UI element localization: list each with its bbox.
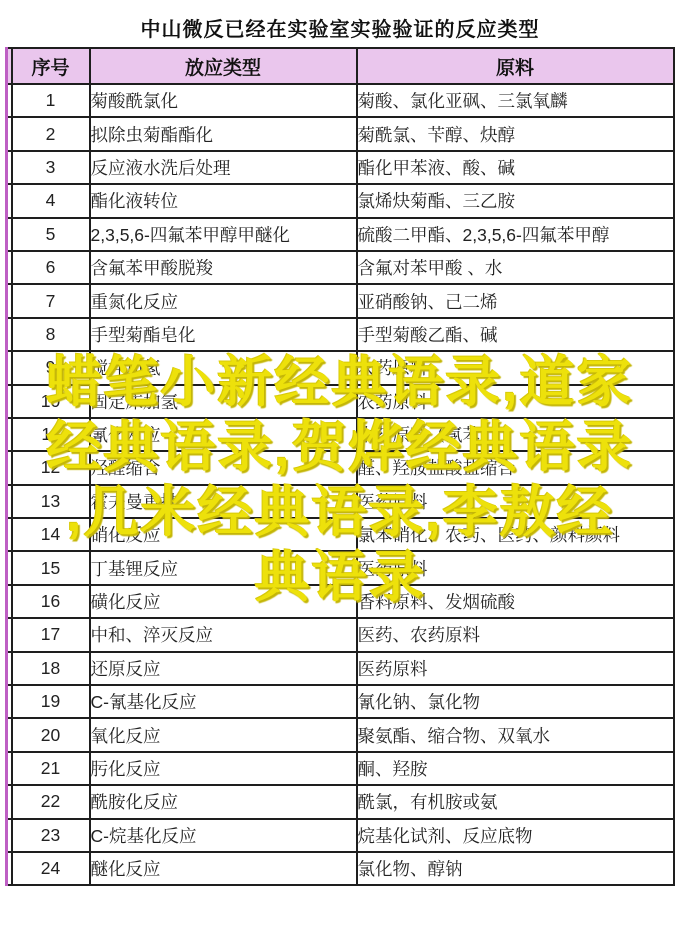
reaction-type-cell: 2,3,5,6-四氟苯甲醇甲醚化: [90, 218, 357, 251]
raw-material-cell: 氯化物、醇钠: [357, 852, 674, 885]
raw-material-cell: 医药原料: [357, 551, 674, 584]
table-row: 24醚化反应氯化物、醇钠: [7, 852, 674, 885]
row-number-cell: 10: [12, 385, 90, 418]
table-row: 1菊酸酰氯化菊酸、氯化亚砜、三氯氧麟: [7, 84, 674, 117]
reaction-type-cell: 含氟苯甲酸脱羧: [90, 251, 357, 284]
raw-material-cell: 医药原料: [357, 485, 674, 518]
row-number-cell: 3: [12, 151, 90, 184]
raw-material-cell: 菊酰氯、苄醇、炔醇: [357, 117, 674, 150]
table-header: 序号 放应类型 原料: [7, 48, 674, 84]
column-header-raw-materials: 原料: [357, 48, 674, 84]
reaction-type-cell: C-氰基化反应: [90, 685, 357, 718]
row-number-cell: 20: [12, 718, 90, 751]
reaction-type-cell: 反应液水洗后处理: [90, 151, 357, 184]
table-row: 22酰胺化反应酰氯，有机胺或氨: [7, 785, 674, 818]
row-number-cell: 18: [12, 652, 90, 685]
reaction-type-cell: 菊酸酰氯化: [90, 84, 357, 117]
raw-material-cell: 氯烯炔菊酯、三乙胺: [357, 184, 674, 217]
reaction-type-cell: 重氮化反应: [90, 284, 357, 317]
raw-material-cell: 硫酸二甲酯、2,3,5,6-四氟苯甲醇: [357, 218, 674, 251]
row-number-cell: 12: [12, 451, 90, 484]
row-number-cell: 8: [12, 318, 90, 351]
reaction-type-cell: 硝化反应: [90, 518, 357, 551]
reaction-type-cell: 酰胺化反应: [90, 785, 357, 818]
table-row: 9搅拌加氢农药原料: [7, 351, 674, 384]
table-row: 10固定床加氢农药原料: [7, 385, 674, 418]
raw-material-cell: 农药原料: [357, 385, 674, 418]
raw-material-cell: 医药原料: [357, 652, 674, 685]
table-row: 20氧化反应聚氨酯、缩合物、双氧水: [7, 718, 674, 751]
raw-material-cell: 酯化甲苯液、酸、碱: [357, 151, 674, 184]
row-number-cell: 5: [12, 218, 90, 251]
table-row: 21肟化反应酮、羟胺: [7, 752, 674, 785]
reaction-type-cell: 搅拌加氢: [90, 351, 357, 384]
reaction-type-cell: 氧化反应: [90, 718, 357, 751]
table-row: 15丁基锂反应医药原料: [7, 551, 674, 584]
table-row: 11氰化发应中药原料（氯苯）: [7, 418, 674, 451]
reaction-type-cell: 氰化发应: [90, 418, 357, 451]
reaction-type-cell: 拟除虫菊酯酯化: [90, 117, 357, 150]
raw-material-cell: 中药原料（氯苯）: [357, 418, 674, 451]
row-number-cell: 22: [12, 785, 90, 818]
raw-material-cell: 聚氨酯、缩合物、双氧水: [357, 718, 674, 751]
header-row: 序号 放应类型 原料: [7, 48, 674, 84]
table-row: 8手型菊酯皂化手型菊酸乙酯、碱: [7, 318, 674, 351]
reaction-type-cell: 磺化反应: [90, 585, 357, 618]
table-row: 52,3,5,6-四氟苯甲醇甲醚化硫酸二甲酯、2,3,5,6-四氟苯甲醇: [7, 218, 674, 251]
reaction-type-cell: 霍夫曼重排: [90, 485, 357, 518]
table-row: 7重氮化反应亚硝酸钠、己二烯: [7, 284, 674, 317]
table-row: 6含氟苯甲酸脱羧含氟对苯甲酸 、水: [7, 251, 674, 284]
column-header-reaction-type: 放应类型: [90, 48, 357, 84]
raw-material-cell: 酮、羟胺: [357, 752, 674, 785]
table-row: 16磺化反应香料原料、发烟硫酸: [7, 585, 674, 618]
raw-material-cell: 含氟对苯甲酸 、水: [357, 251, 674, 284]
row-number-cell: 11: [12, 418, 90, 451]
row-number-cell: 4: [12, 184, 90, 217]
raw-material-cell: 烷基化试剂、反应底物: [357, 819, 674, 852]
table-row: 3反应液水洗后处理酯化甲苯液、酸、碱: [7, 151, 674, 184]
raw-material-cell: 氯苯硝化、农药、医药、颜料颜料: [357, 518, 674, 551]
reaction-type-cell: 中和、淬灭反应: [90, 618, 357, 651]
row-number-cell: 1: [12, 84, 90, 117]
raw-material-cell: 亚硝酸钠、己二烯: [357, 284, 674, 317]
row-number-cell: 6: [12, 251, 90, 284]
row-number-cell: 9: [12, 351, 90, 384]
raw-material-cell: 氰化钠、氯化物: [357, 685, 674, 718]
row-number-cell: 17: [12, 618, 90, 651]
raw-material-cell: 香料原料、发烟硫酸: [357, 585, 674, 618]
reaction-type-cell: 醚化反应: [90, 852, 357, 885]
row-number-cell: 7: [12, 284, 90, 317]
row-number-cell: 19: [12, 685, 90, 718]
row-number-cell: 21: [12, 752, 90, 785]
table-row: 23C-烷基化反应烷基化试剂、反应底物: [7, 819, 674, 852]
table-row: 12羟醛缩合醛、羟胺盐酸盐缩合: [7, 451, 674, 484]
page-title: 中山微反已经在实验室实验验证的反应类型: [0, 13, 680, 42]
reaction-type-cell: 酯化液转位: [90, 184, 357, 217]
raw-material-cell: 手型菊酸乙酯、碱: [357, 318, 674, 351]
raw-material-cell: 醛、羟胺盐酸盐缩合: [357, 451, 674, 484]
table-row: 4酯化液转位氯烯炔菊酯、三乙胺: [7, 184, 674, 217]
table-row: 17中和、淬灭反应医药、农药原料: [7, 618, 674, 651]
row-number-cell: 23: [12, 819, 90, 852]
reaction-table: 序号 放应类型 原料 1菊酸酰氯化菊酸、氯化亚砜、三氯氧麟2拟除虫菊酯酯化菊酰氯…: [5, 47, 675, 886]
table-row: 13霍夫曼重排医药原料: [7, 485, 674, 518]
reaction-type-cell: 羟醛缩合: [90, 451, 357, 484]
reaction-type-cell: 丁基锂反应: [90, 551, 357, 584]
reaction-type-cell: 还原反应: [90, 652, 357, 685]
row-number-cell: 2: [12, 117, 90, 150]
row-number-cell: 13: [12, 485, 90, 518]
reaction-type-cell: 肟化反应: [90, 752, 357, 785]
table-body: 1菊酸酰氯化菊酸、氯化亚砜、三氯氧麟2拟除虫菊酯酯化菊酰氯、苄醇、炔醇3反应液水…: [7, 84, 674, 885]
table-row: 2拟除虫菊酯酯化菊酰氯、苄醇、炔醇: [7, 117, 674, 150]
table-row: 14硝化反应氯苯硝化、农药、医药、颜料颜料: [7, 518, 674, 551]
raw-material-cell: 医药、农药原料: [357, 618, 674, 651]
row-number-cell: 14: [12, 518, 90, 551]
raw-material-cell: 酰氯，有机胺或氨: [357, 785, 674, 818]
raw-material-cell: 农药原料: [357, 351, 674, 384]
table-row: 19C-氰基化反应氰化钠、氯化物: [7, 685, 674, 718]
raw-material-cell: 菊酸、氯化亚砜、三氯氧麟: [357, 84, 674, 117]
row-number-cell: 15: [12, 551, 90, 584]
column-header-number: 序号: [12, 48, 90, 84]
reaction-type-cell: 固定床加氢: [90, 385, 357, 418]
table-row: 18还原反应医药原料: [7, 652, 674, 685]
row-number-cell: 16: [12, 585, 90, 618]
reaction-type-cell: C-烷基化反应: [90, 819, 357, 852]
row-number-cell: 24: [12, 852, 90, 885]
reaction-type-cell: 手型菊酯皂化: [90, 318, 357, 351]
